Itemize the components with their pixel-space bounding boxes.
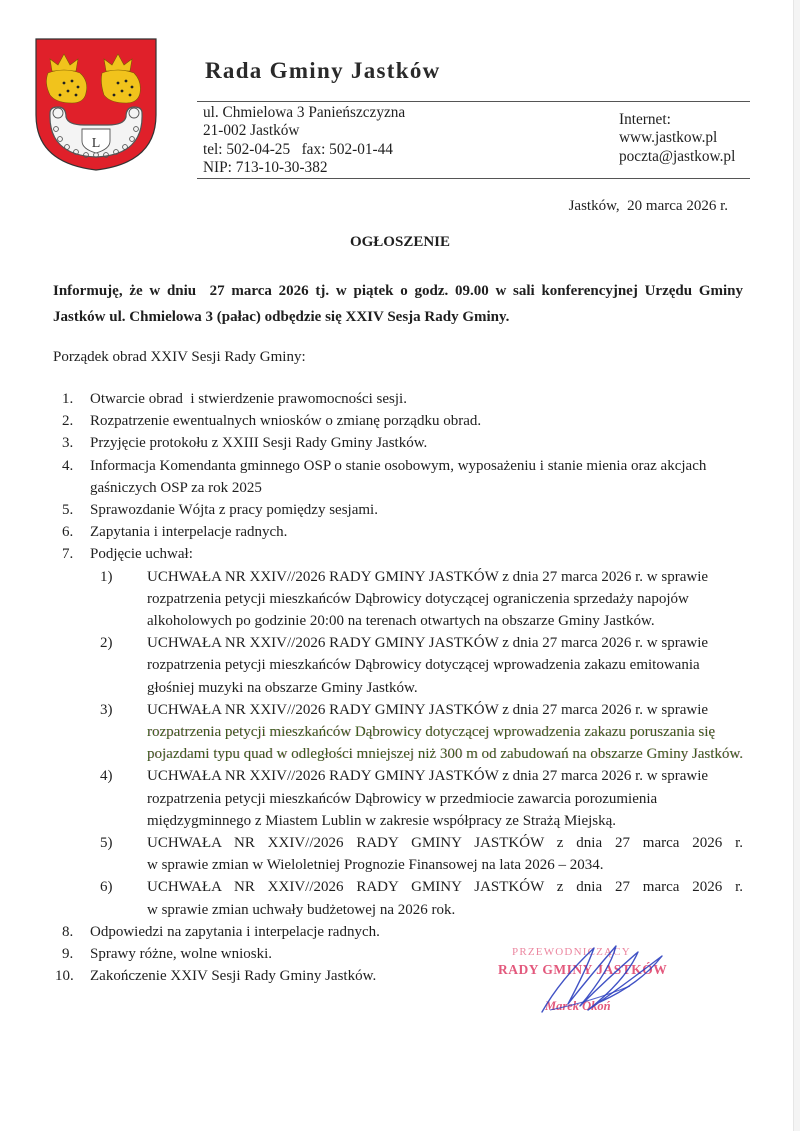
agenda-item-number: 9.	[62, 943, 73, 965]
resolution-item: 6) UCHWAŁA NR XXIV//2026 RADY GMINY JAST…	[0, 876, 743, 920]
agenda-item-text: Zapytania i interpelacje radnych.	[90, 524, 287, 540]
document-title: OGŁOSZENIE	[0, 234, 800, 251]
agenda-item-text: Informacja Komendanta gminnego OSP o sta…	[90, 455, 743, 477]
agenda-item: 6.Zapytania i interpelacje radnych.	[0, 521, 743, 543]
resolution-number: 2)	[100, 632, 113, 654]
address-block: ul. Chmielowa 3 Panieńszczyzna 21-002 Ja…	[203, 104, 405, 177]
agenda-item-number: 4.	[62, 455, 73, 477]
agenda-item-text: Zakończenie XXIV Sesji Rady Gminy Jastkó…	[90, 968, 376, 984]
resolution-item: 5) UCHWAŁA NR XXIV//2026 RADY GMINY JAST…	[0, 832, 743, 876]
address-nip: NIP: 713-10-30-382	[203, 159, 405, 177]
lead-paragraph: Informuję, że w dniu 27 marca 2026 tj. w…	[53, 278, 743, 330]
resolution-number: 4)	[100, 765, 113, 787]
resolution-text: głośniej muzyki na obszarze Gminy Jastkó…	[147, 677, 743, 699]
agenda-item-text: Sprawy różne, wolne wnioski.	[90, 946, 272, 962]
agenda-item-number: 1.	[62, 388, 73, 410]
agenda-item-text-cont: gaśniczych OSP za rok 2025	[90, 477, 743, 499]
signature-stamp: PRZEWODNICZĄCY RADY GMINY JASTKÓW Marek …	[490, 940, 700, 1020]
resolution-item: 3) UCHWAŁA NR XXIV//2026 RADY GMINY JAST…	[0, 699, 743, 766]
org-name: Rada Gminy Jastków	[205, 58, 441, 84]
lead-line-1: Informuję, że w dniu 27 marca 2026 tj. w…	[53, 278, 743, 304]
address-postal: 21-002 Jastków	[203, 122, 405, 140]
resolution-text: UCHWAŁA NR XXIV//2026 RADY GMINY JASTKÓW…	[147, 832, 743, 854]
resolution-text: w sprawie zmian w Wieloletniej Prognozie…	[147, 854, 743, 876]
agenda-item-number: 3.	[62, 432, 73, 454]
resolution-text: rozpatrzenia petycji mieszkańców Dąbrowi…	[147, 588, 743, 610]
agenda-item: 3.Przyjęcie protokołu z XXIII Sesji Rady…	[0, 432, 743, 454]
resolution-text: UCHWAŁA NR XXIV//2026 RADY GMINY JASTKÓW…	[147, 566, 743, 588]
resolution-text-highlighted: rozpatrzenia petycji mieszkańców Dąbrowi…	[147, 721, 743, 743]
resolution-text-highlighted: pojazdami typu quad w odległości mniejsz…	[147, 743, 743, 765]
resolution-item: 4) UCHWAŁA NR XXIV//2026 RADY GMINY JAST…	[0, 765, 743, 832]
agenda-item-number: 2.	[62, 410, 73, 432]
address-street: ul. Chmielowa 3 Panieńszczyzna	[203, 104, 405, 122]
agenda-item-text: Odpowiedzi na zapytania i interpelacje r…	[90, 924, 380, 940]
resolution-text: alkoholowych po godzinie 20:00 na terena…	[147, 610, 743, 632]
website-link[interactable]: www.jastkow.pl	[619, 129, 735, 147]
agenda-item-number: 7.	[62, 543, 73, 565]
resolution-text: UCHWAŁA NR XXIV//2026 RADY GMINY JASTKÓW…	[147, 632, 743, 654]
resolution-text: rozpatrzenia petycji mieszkańców Dąbrowi…	[147, 654, 743, 676]
coat-of-arms-icon: L	[34, 37, 158, 172]
header-divider-top	[197, 101, 750, 102]
agenda-item: 7.Podjęcie uchwał:	[0, 543, 743, 565]
email-link[interactable]: poczta@jastkow.pl	[619, 148, 735, 166]
lead-line-2: Jastków ul. Chmielowa 3 (pałac) odbędzie…	[53, 309, 509, 325]
resolution-text: UCHWAŁA NR XXIV//2026 RADY GMINY JASTKÓW…	[147, 876, 743, 898]
internet-block: Internet: www.jastkow.pl poczta@jastkow.…	[619, 111, 735, 166]
resolution-number: 5)	[100, 832, 113, 854]
agenda-item-number: 5.	[62, 499, 73, 521]
resolution-text: międzygminnego z Miastem Lublin w zakres…	[147, 810, 743, 832]
agenda-item-text: Podjęcie uchwał:	[90, 546, 193, 562]
agenda-item-text: Sprawozdanie Wójta z pracy pomiędzy sesj…	[90, 502, 378, 518]
agenda-item-number: 8.	[62, 921, 73, 943]
resolution-item: 1) UCHWAŁA NR XXIV//2026 RADY GMINY JAST…	[0, 566, 743, 633]
agenda-item: 2.Rozpatrzenie ewentualnych wniosków o z…	[0, 410, 743, 432]
resolution-item: 2) UCHWAŁA NR XXIV//2026 RADY GMINY JAST…	[0, 632, 743, 699]
resolution-text: UCHWAŁA NR XXIV//2026 RADY GMINY JASTKÓW…	[147, 699, 743, 721]
agenda-item-number: 6.	[62, 521, 73, 543]
agenda-item: 4.Informacja Komendanta gminnego OSP o s…	[0, 455, 743, 499]
date-line: Jastków, 20 marca 2026 r.	[0, 198, 728, 215]
signature-icon	[490, 940, 700, 1020]
resolution-text: UCHWAŁA NR XXIV//2026 RADY GMINY JASTKÓW…	[147, 765, 743, 787]
resolution-number: 3)	[100, 699, 113, 721]
agenda-item-text: Otwarcie obrad i stwierdzenie prawomocno…	[90, 391, 407, 407]
agenda-item-number: 10.	[55, 965, 74, 987]
resolution-number: 6)	[100, 876, 113, 898]
svg-text:L: L	[92, 136, 101, 151]
resolution-text: rozpatrzenia petycji mieszkańców Dąbrowi…	[147, 788, 743, 810]
agenda-list: 1.Otwarcie obrad i stwierdzenie prawomoc…	[0, 388, 800, 987]
agenda-item-text: Przyjęcie protokołu z XXIII Sesji Rady G…	[90, 435, 427, 451]
agenda-item-text: Rozpatrzenie ewentualnych wniosków o zmi…	[90, 413, 481, 429]
agenda-item: 5.Sprawozdanie Wójta z pracy pomiędzy se…	[0, 499, 743, 521]
internet-label: Internet:	[619, 111, 735, 129]
resolution-text: w sprawie zmian uchwały budżetowej na 20…	[147, 899, 743, 921]
header-divider-bottom	[197, 178, 750, 179]
agenda-item: 1.Otwarcie obrad i stwierdzenie prawomoc…	[0, 388, 743, 410]
address-phone-fax: tel: 502-04-25 fax: 502-01-44	[203, 141, 405, 159]
agenda-intro: Porządek obrad XXIV Sesji Rady Gminy:	[53, 349, 306, 366]
resolution-number: 1)	[100, 566, 113, 588]
